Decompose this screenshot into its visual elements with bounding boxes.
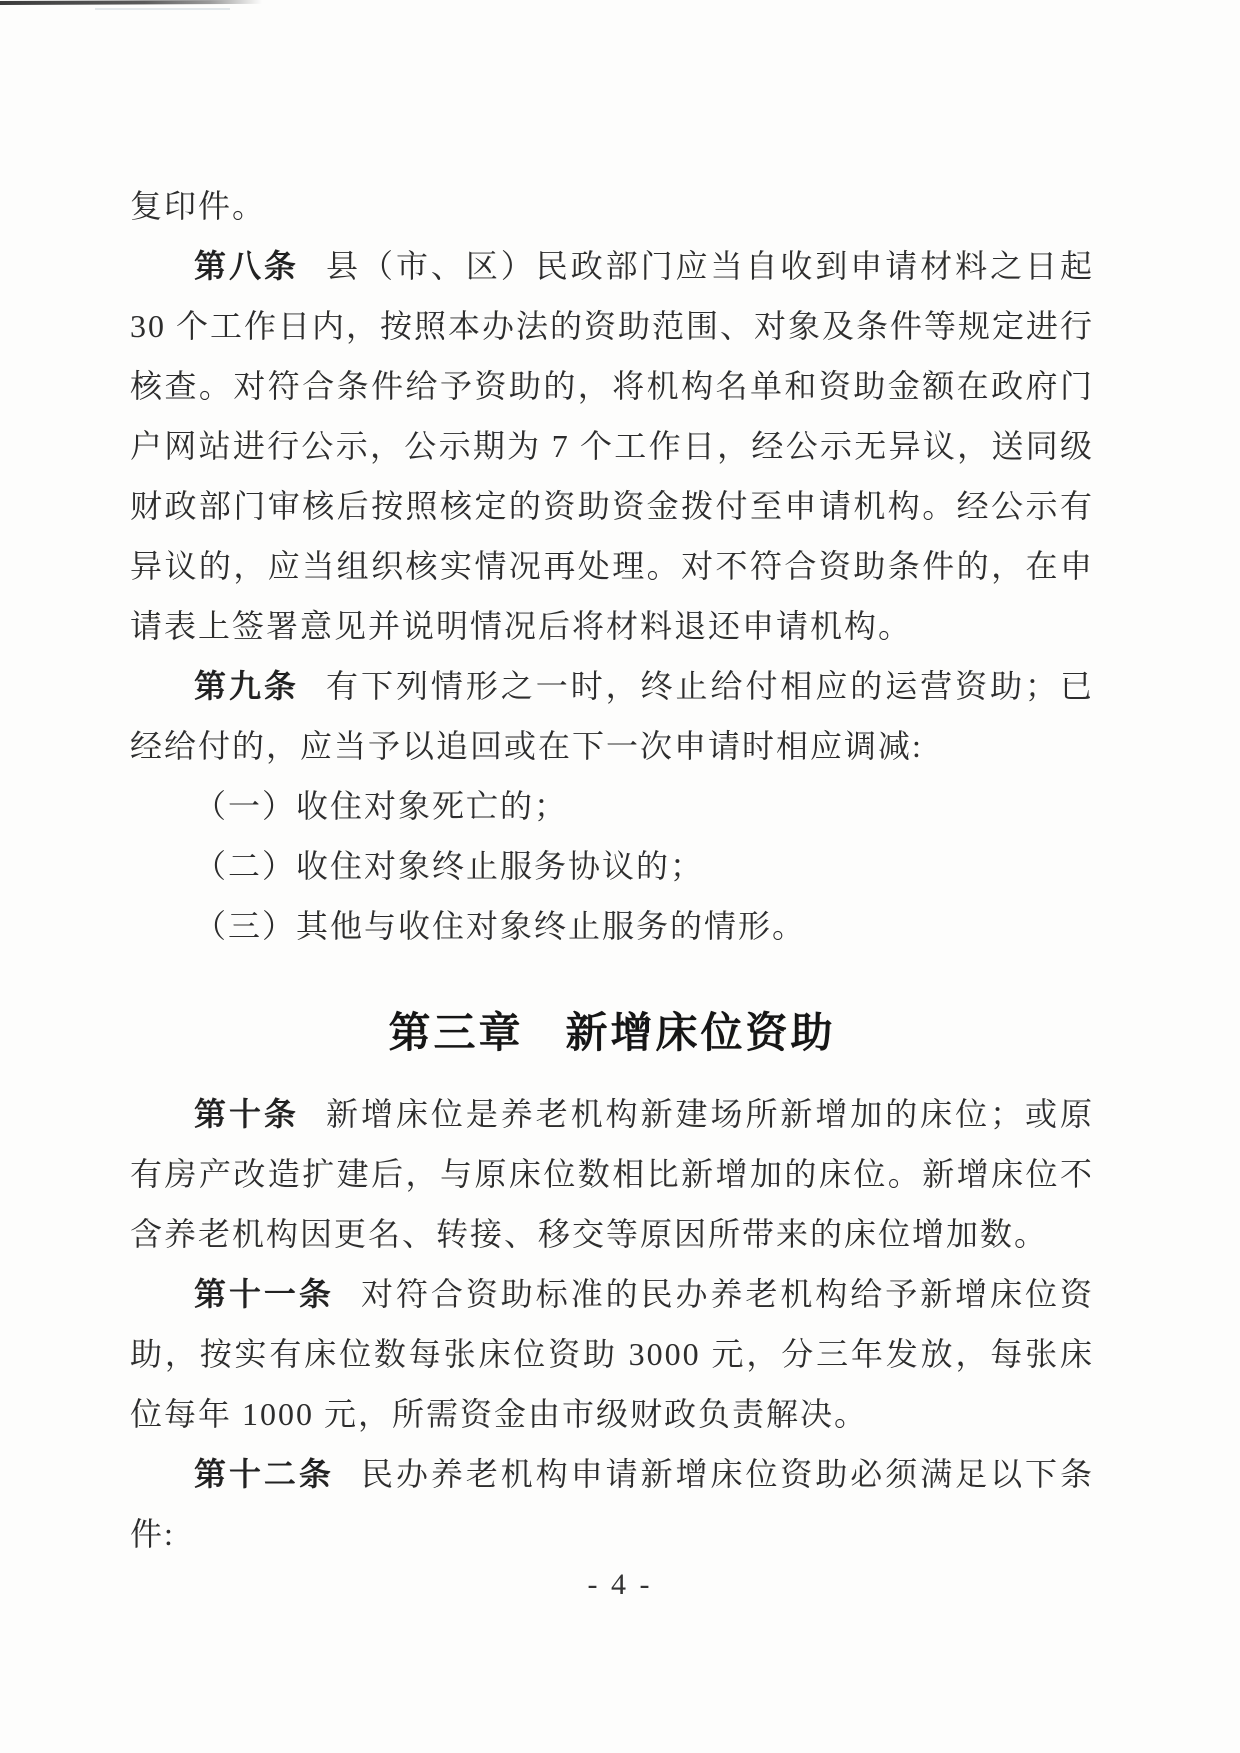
document-body: 复印件。 第八条县（市、区）民政部门应当自收到申请材料之日起 30 个工作日内，… (130, 176, 1094, 1564)
list-item-text: （一）收住对象死亡的； (194, 788, 568, 824)
list-item-3: （三）其他与收住对象终止服务的情形。 (130, 896, 1094, 956)
paragraph-article-10: 第十条新增床位是养老机构新建场所新增加的床位；或原有房产改造扩建后，与原床位数相… (130, 1084, 1094, 1264)
list-item-1: （一）收住对象死亡的； (130, 776, 1094, 836)
chapter-title: 新增床位资助 (566, 1011, 836, 1057)
scanned-document-page: 复印件。 第八条县（市、区）民政部门应当自收到申请材料之日起 30 个工作日内，… (0, 0, 1240, 1753)
chapter-heading: 第三章新增床位资助 (130, 998, 1094, 1070)
paragraph-text: 县（市、区）民政部门应当自收到申请材料之日起 30 个工作日内，按照本办法的资助… (130, 248, 1094, 644)
paragraph-article-9: 第九条有下列情形之一时，终止给付相应的运营资助；已经给付的，应当予以追回或在下一… (130, 656, 1094, 776)
paragraph-article-8: 第八条县（市、区）民政部门应当自收到申请材料之日起 30 个工作日内，按照本办法… (130, 236, 1094, 656)
article-8-number: 第八条 (194, 248, 299, 284)
article-12-number: 第十二条 (194, 1456, 334, 1492)
page-number: - 4 - (588, 1568, 653, 1601)
list-item-2: （二）收住对象终止服务协议的； (130, 836, 1094, 896)
paragraph-article-12: 第十二条民办养老机构申请新增床位资助必须满足以下条件: (130, 1444, 1094, 1564)
article-10-number: 第十条 (194, 1096, 299, 1132)
scan-smudge-artifact (95, 8, 230, 10)
list-item-text: （三）其他与收住对象终止服务的情形。 (194, 908, 806, 944)
article-11-number: 第十一条 (194, 1276, 334, 1312)
paragraph-text: 复印件。 (130, 188, 266, 224)
chapter-number: 第三章 (388, 1011, 523, 1057)
scan-edge-artifact (0, 0, 262, 5)
paragraph-article-11: 第十一条对符合资助标准的民办养老机构给予新增床位资助，按实有床位数每张床位资助 … (130, 1264, 1094, 1444)
list-item-text: （二）收住对象终止服务协议的； (194, 848, 704, 884)
page-footer: - 4 - (0, 1568, 1240, 1602)
paragraph-continuation: 复印件。 (130, 176, 1094, 236)
article-9-number: 第九条 (194, 668, 299, 704)
